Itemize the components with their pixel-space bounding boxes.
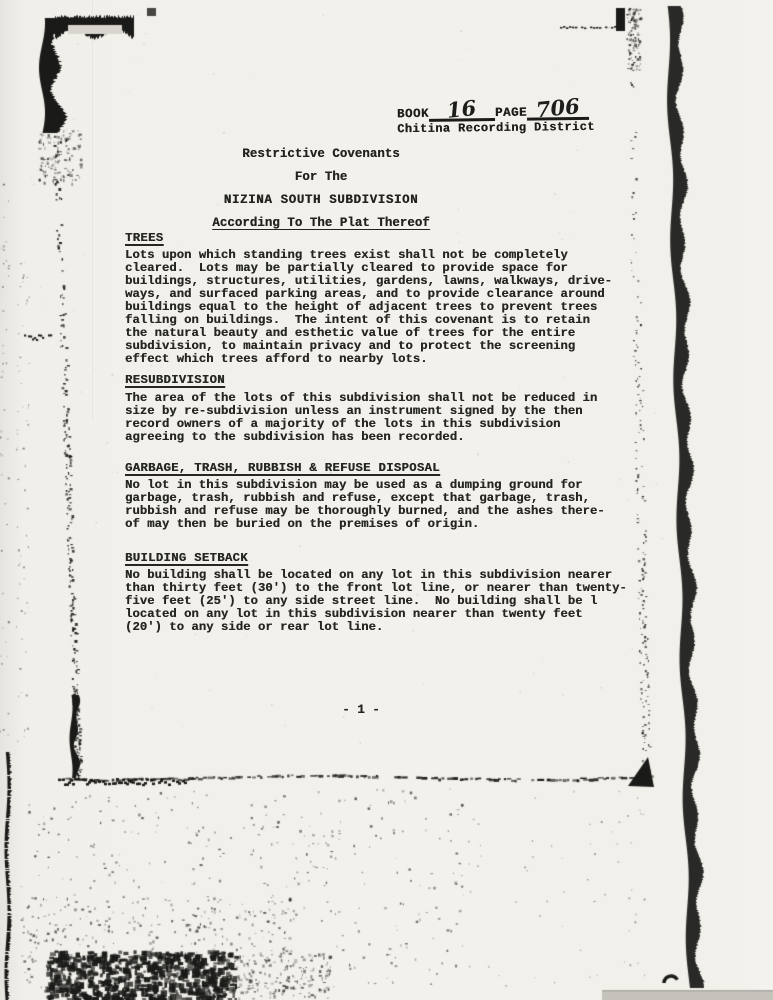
page-number: - 1 -	[0, 703, 722, 717]
book-value-blank: 16	[429, 97, 495, 122]
book-value-handwritten: 16	[446, 98, 477, 121]
section-paragraph: The area of the lots of this subdivision…	[125, 392, 650, 444]
section-paragraph: No building shall be located on any lot …	[125, 569, 650, 634]
book-label: BOOK	[397, 107, 429, 122]
section-resubdivision: RESUBDIVISION The area of the lots of th…	[125, 374, 650, 443]
title-line-1: Restrictive Covenants	[0, 148, 642, 161]
title-line-3: NIZINA SOUTH SUBDIVISION	[0, 194, 642, 207]
section-paragraph: Lots upon which standing trees exist sha…	[125, 249, 650, 366]
page-value-blank: 706	[527, 96, 589, 121]
section-paragraph: No lot in this subdivision may be used a…	[125, 479, 650, 531]
book-page-row: BOOK 16 PAGE 706	[397, 96, 595, 122]
section-heading: BUILDING SETBACK	[125, 552, 650, 565]
section-garbage-disposal: GARBAGE, TRASH, RUBBISH & REFUSE DISPOSA…	[125, 462, 650, 531]
scanned-document-page: BOOK 16 PAGE 706 Chitina Recording Distr…	[0, 0, 773, 1000]
recording-stamp: BOOK 16 PAGE 706 Chitina Recording Distr…	[397, 96, 595, 136]
document-title: Restrictive Covenants For The NIZINA SOU…	[0, 148, 642, 230]
page-label: PAGE	[495, 106, 527, 121]
page-value-handwritten: 706	[535, 96, 581, 120]
section-trees: TREES Lots upon which standing trees exi…	[125, 232, 650, 366]
document-body: TREES Lots upon which standing trees exi…	[125, 232, 650, 634]
section-building-setback: BUILDING SETBACK No building shall be lo…	[125, 552, 650, 634]
title-line-4: According To The Plat Thereof	[0, 217, 642, 230]
section-heading: GARBAGE, TRASH, RUBBISH & REFUSE DISPOSA…	[125, 462, 650, 475]
section-heading: TREES	[125, 232, 650, 245]
recording-district: Chitina Recording District	[397, 120, 595, 136]
title-line-2: For The	[0, 171, 642, 184]
section-heading: RESUBDIVISION	[125, 374, 650, 387]
